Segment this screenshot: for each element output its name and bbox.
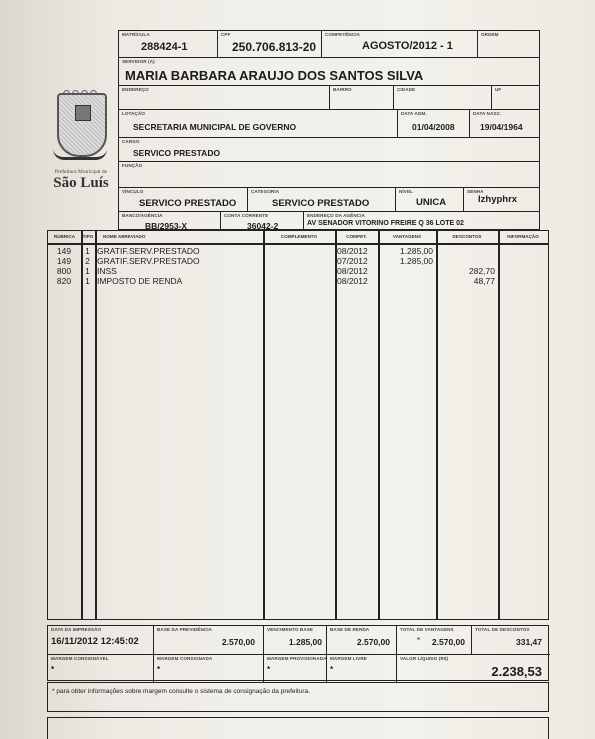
field-lotacao: Lotação SECRETARIA MUNICIPAL DE GOVERNO — [119, 109, 397, 137]
column-divider — [335, 231, 337, 619]
row-3-compet: 08/2012 — [337, 276, 375, 286]
field-margem-provisionada: Margem Provisionada * — [263, 654, 326, 682]
total-vantagens-prefix: * — [417, 636, 420, 645]
field-matricula: Matrícula 288424-1 — [119, 31, 217, 57]
footnote-box: * para obter informações sobre margem co… — [47, 682, 549, 712]
field-margem-consignada: Margem Consignada * — [153, 654, 263, 682]
row-2-compet: 08/2012 — [337, 266, 375, 276]
summary-block: Data da Impressão 16/11/2012 12:45:02 Ba… — [47, 625, 549, 681]
servidor-value: MARIA BARBARA ARAUJO DOS SANTOS SILVA — [125, 68, 423, 83]
field-competencia: Competência AGOSTO/2012 - 1 — [321, 31, 477, 57]
column-divider — [436, 231, 438, 619]
row-3-rubrica: 820 — [50, 276, 78, 286]
header-divider — [48, 243, 548, 245]
margem-consignavel-value: * — [51, 665, 54, 674]
valor-liquido-value: 2.238,53 — [491, 664, 542, 679]
row-0-rubrica: 149 — [50, 246, 78, 256]
column-header-vantagens: Vantagens — [378, 234, 436, 239]
field-margem-consignavel: Margem Consignável * — [48, 654, 153, 682]
data-impressao-value: 16/11/2012 12:45:02 — [51, 636, 139, 647]
row-3-nome: IMPOSTO DE RENDA — [97, 276, 260, 286]
vinculo-value: SERVICO PRESTADO — [139, 198, 236, 209]
items-table: RubricaTipoNome AbreviadoComplementoComp… — [47, 230, 549, 620]
field-banco-agencia: Banco/Agência BB/2953-X — [119, 211, 220, 231]
column-header-nome: Nome Abreviado — [95, 234, 263, 239]
data-adm-value: 01/04/2008 — [412, 122, 455, 132]
field-endereco-agencia: Endereço da Agência AV SENADOR VITORINO … — [303, 211, 539, 231]
vencimento-base-value: 1.285,00 — [289, 637, 322, 647]
field-servidor: Servidor (a) MARIA BARBARA ARAUJO DOS SA… — [119, 57, 539, 85]
row-1-nome: GRATIF.SERV.PRESTADO — [97, 256, 260, 266]
row-1-compet: 07/2012 — [337, 256, 375, 266]
logo-city: São Luís — [45, 175, 117, 192]
blank-box — [47, 717, 549, 739]
cpf-value: 250.706.813-20 — [232, 40, 316, 54]
data-nasc-value: 19/04/1964 — [480, 122, 523, 132]
ribbon-icon — [53, 149, 107, 160]
prefeitura-logo: Prefeitura Municipal de São Luís — [45, 85, 117, 205]
margem-livre-value: * — [330, 665, 333, 674]
field-funcao: Função — [119, 161, 539, 187]
field-nivel: Nível UNICA — [395, 187, 463, 211]
row-1-vantagens: 1.285,00 — [380, 256, 433, 266]
base-renda-value: 2.570,00 — [357, 637, 390, 647]
coat-of-arms-icon — [57, 93, 107, 157]
total-descontos-value: 331,47 — [516, 637, 542, 647]
field-bairro: Bairro — [329, 85, 393, 109]
row-0-nome: GRATIF.SERV.PRESTADO — [97, 246, 260, 256]
row-0-vantagens: 1.285,00 — [380, 246, 433, 256]
row-3-descontos: 48,77 — [438, 276, 495, 286]
row-1-rubrica: 149 — [50, 256, 78, 266]
field-base-previdencia: Base da Previdência 2.570,00 — [153, 626, 263, 654]
row-2-nome: INSS — [97, 266, 260, 276]
matricula-value: 288424-1 — [141, 41, 188, 53]
field-ordem: Ordem — [477, 31, 541, 57]
column-header-rubrica: Rubrica — [48, 234, 81, 239]
field-categoria: Categoria SERVICO PRESTADO — [247, 187, 395, 211]
field-data-impressao: Data da Impressão 16/11/2012 12:45:02 — [48, 626, 153, 654]
field-margem-livre: Margem Livre * — [326, 654, 396, 682]
employee-header: Matrícula 288424-1 CPF 250.706.813-20 Co… — [118, 30, 540, 230]
categoria-value: SERVICO PRESTADO — [272, 198, 369, 209]
total-vantagens-value: 2.570,00 — [432, 637, 465, 647]
field-senha: Senha lzhyphrx — [463, 187, 539, 211]
row-2-tipo: 1 — [83, 266, 92, 276]
column-divider — [95, 231, 97, 619]
column-divider — [498, 231, 500, 619]
field-cidade: Cidade — [393, 85, 491, 109]
field-uf: UF — [491, 85, 539, 109]
row-0-compet: 08/2012 — [337, 246, 375, 256]
column-divider — [378, 231, 380, 619]
column-header-tipo: Tipo — [81, 234, 95, 239]
field-endereco: Endereço — [119, 85, 329, 109]
field-valor-liquido: Valor Líquido (R$) 2.238,53 — [396, 654, 550, 682]
row-1-tipo: 2 — [83, 256, 92, 266]
field-conta-corrente: Conta Corrente 36042-2 — [220, 211, 303, 231]
field-data-adm: Data Adm. 01/04/2008 — [397, 109, 469, 137]
nivel-value: UNICA — [416, 197, 446, 208]
field-cpf: CPF 250.706.813-20 — [217, 31, 321, 57]
field-data-nasc: Data Nasc. 19/04/1964 — [469, 109, 539, 137]
endereco-agencia-value: AV SENADOR VITORINO FREIRE Q 36 LOTE 02 — [307, 220, 464, 227]
row-3-tipo: 1 — [83, 276, 92, 286]
field-base-renda: Base de Renda 2.570,00 — [326, 626, 396, 654]
margem-provisionada-value: * — [267, 665, 270, 674]
competencia-value: AGOSTO/2012 - 1 — [362, 40, 453, 52]
row-0-tipo: 1 — [83, 246, 92, 256]
row-2-descontos: 282,70 — [438, 266, 495, 276]
margem-consignada-value: * — [157, 665, 160, 674]
senha-value: lzhyphrx — [478, 194, 517, 205]
cargo-value: SERVICO PRESTADO — [133, 148, 220, 158]
lotacao-value: SECRETARIA MUNICIPAL DE GOVERNO — [133, 122, 296, 132]
column-header-descontos: Descontos — [436, 234, 498, 239]
footnote-text: * para obter informações sobre margem co… — [52, 688, 310, 695]
column-header-compet: Compet. — [335, 234, 378, 239]
field-cargo: Cargo SERVICO PRESTADO — [119, 137, 539, 161]
row-2-rubrica: 800 — [50, 266, 78, 276]
field-vinculo: Vínculo SERVICO PRESTADO — [119, 187, 247, 211]
field-total-descontos: Total de Descontos 331,47 — [471, 626, 550, 654]
field-total-vantagens: Total de Vantagens * 2.570,00 — [396, 626, 471, 654]
column-header-complemento: Complemento — [263, 234, 335, 239]
column-divider — [263, 231, 265, 619]
column-header-informacao: Informação — [498, 234, 548, 239]
field-vencimento-base: Vencimento Base 1.285,00 — [263, 626, 326, 654]
column-divider — [81, 231, 83, 619]
base-previdencia-value: 2.570,00 — [222, 637, 255, 647]
